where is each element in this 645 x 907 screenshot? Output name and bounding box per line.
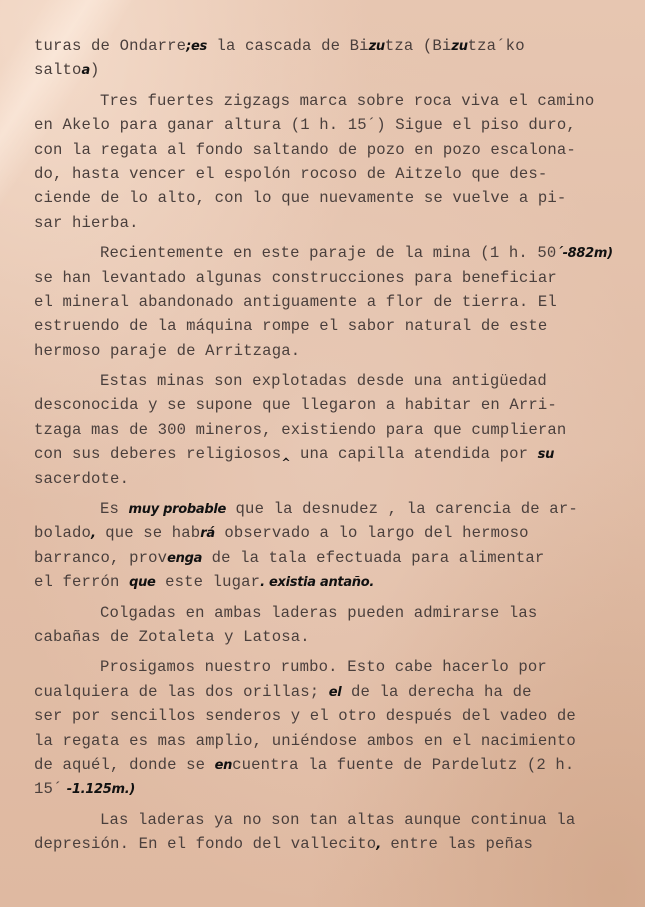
text-line: Es muy probable que la desnudez , la car… xyxy=(34,497,634,521)
text-line: Las laderas ya no son tan altas aunque c… xyxy=(34,808,634,832)
typed-text: turas de Ondarre xyxy=(34,37,186,55)
handwritten-correction: rá xyxy=(200,526,215,541)
typed-text: ser por sencillos senderos y el otro des… xyxy=(34,707,576,725)
text-line: Tres fuertes zigzags marca sobre roca vi… xyxy=(34,89,634,113)
typed-text: ) xyxy=(90,61,100,79)
text-line: turas de Ondarre;es la cascada de Bizutz… xyxy=(34,34,634,58)
typed-text: de la tala efectuada para alimentar xyxy=(202,549,544,567)
handwritten-correction: a xyxy=(82,63,90,78)
typed-text: de aquél, donde se xyxy=(34,756,215,774)
text-line: cabañas de Zotaleta y Latosa. xyxy=(34,625,634,649)
paragraph-spacer xyxy=(34,857,634,863)
text-line: de aquél, donde se encuentra la fuente d… xyxy=(34,753,634,777)
paragraph: Tres fuertes zigzags marca sobre roca vi… xyxy=(34,89,634,235)
paragraph: Recientemente en este paraje de la mina … xyxy=(34,241,634,363)
handwritten-correction: . existia antaño. xyxy=(260,575,374,590)
text-line: con la regata al fondo saltando de pozo … xyxy=(34,138,634,162)
typed-text: que se hab xyxy=(96,524,201,542)
text-line: Colgadas en ambas laderas pueden admirar… xyxy=(34,601,634,625)
text-line: ciende de lo alto, con lo que nuevamente… xyxy=(34,186,634,210)
typed-text: barranco, prov xyxy=(34,549,167,567)
typed-text: se han levantado algunas construcciones … xyxy=(34,269,557,287)
typed-text: con sus deberes religiosos xyxy=(34,445,281,463)
text-line: el mineral abandonado antiguamente a flo… xyxy=(34,290,634,314)
text-line: Prosigamos nuestro rumbo. Esto cabe hace… xyxy=(34,655,634,679)
typed-text: el ferrón xyxy=(34,573,129,591)
text-line: saltoa) xyxy=(34,58,634,82)
handwritten-correction: el xyxy=(329,685,342,700)
typed-text: con la regata al fondo saltando de pozo … xyxy=(34,141,576,159)
handwritten-correction: ´-882m) xyxy=(556,246,612,261)
text-line: Recientemente en este paraje de la mina … xyxy=(34,241,634,265)
typed-text: desconocida y se supone que llegaron a h… xyxy=(34,396,557,414)
typed-text: Es xyxy=(100,500,129,518)
paragraph: turas de Ondarre;es la cascada de Bizutz… xyxy=(34,34,634,83)
typed-text: Tres fuertes zigzags marca sobre roca vi… xyxy=(100,92,594,110)
text-line: ser por sencillos senderos y el otro des… xyxy=(34,704,634,728)
typed-text: tza´ko xyxy=(468,37,525,55)
typed-text: la regata es mas amplio, uniéndose ambos… xyxy=(34,732,576,750)
typed-text: cabañas de Zotaleta y Latosa. xyxy=(34,628,310,646)
typed-text: observado a lo largo del hermoso xyxy=(215,524,529,542)
paragraph: Las laderas ya no son tan altas aunque c… xyxy=(34,808,634,857)
typed-text: sar hierba. xyxy=(34,214,139,232)
text-line: sacerdote. xyxy=(34,467,634,491)
handwritten-correction: zu xyxy=(369,39,385,54)
typed-text: ciende de lo alto, con lo que nuevamente… xyxy=(34,189,566,207)
handwritten-correction: zu xyxy=(451,39,467,54)
text-line: tzaga mas de 300 mineros, existiendo par… xyxy=(34,418,634,442)
typed-text: en Akelo para ganar altura (1 h. 15´) Si… xyxy=(34,116,576,134)
typed-text: la cascada de Bi xyxy=(207,37,369,55)
typed-text: Colgadas en ambas laderas pueden admirar… xyxy=(100,604,537,622)
handwritten-correction: -1.125m.) xyxy=(63,782,135,797)
text-line: barranco, provenga de la tala efectuada … xyxy=(34,546,634,570)
handwritten-correction: que xyxy=(129,575,155,590)
typed-text: tza (Bi xyxy=(385,37,452,55)
typed-text: sacerdote. xyxy=(34,470,129,488)
scanned-document-page: turas de Ondarre;es la cascada de Bizutz… xyxy=(0,0,645,907)
handwritten-correction: en xyxy=(215,758,232,773)
typewritten-text-body: turas de Ondarre;es la cascada de Bizutz… xyxy=(34,34,634,863)
typed-text: salto xyxy=(34,61,82,79)
text-line: hermoso paraje de Arritzaga. xyxy=(34,339,634,363)
typed-text: Estas minas son explotadas desde una ant… xyxy=(100,372,547,390)
text-line: Estas minas son explotadas desde una ant… xyxy=(34,369,634,393)
paragraph: Prosigamos nuestro rumbo. Esto cabe hace… xyxy=(34,655,634,801)
paragraph: Estas minas son explotadas desde una ant… xyxy=(34,369,634,491)
text-line: con sus deberes religiosos‸ una capilla … xyxy=(34,442,634,466)
typed-text: una capilla atendida por xyxy=(290,445,537,463)
typed-text: do, hasta vencer el espolón rocoso de Ai… xyxy=(34,165,547,183)
typed-text: tzaga mas de 300 mineros, existiendo par… xyxy=(34,421,566,439)
typed-text: hermoso paraje de Arritzaga. xyxy=(34,342,300,360)
handwritten-correction: muy probable xyxy=(129,502,227,517)
typed-text: Las laderas ya no son tan altas aunque c… xyxy=(100,811,575,829)
typed-text: 15´ xyxy=(34,780,63,798)
typed-text: este lugar xyxy=(156,573,261,591)
typed-text: entre las peñas xyxy=(381,835,533,853)
paragraph: Es muy probable que la desnudez , la car… xyxy=(34,497,634,595)
typed-text: Prosigamos nuestro rumbo. Esto cabe hace… xyxy=(100,658,547,676)
typed-text: de la derecha ha de xyxy=(341,683,531,701)
text-line: se han levantado algunas construcciones … xyxy=(34,266,634,290)
text-line: depresión. En el fondo del vallecito, en… xyxy=(34,832,634,856)
typed-text: depresión. En el fondo del vallecito xyxy=(34,835,376,853)
handwritten-correction: su xyxy=(538,447,554,462)
paragraph: Colgadas en ambas laderas pueden admirar… xyxy=(34,601,634,650)
text-line: bolado, que se habrá observado a lo larg… xyxy=(34,521,634,545)
text-line: cualquiera de las dos orillas; el de la … xyxy=(34,680,634,704)
typed-text: estruendo de la máquina rompe el sabor n… xyxy=(34,317,547,335)
text-line: en Akelo para ganar altura (1 h. 15´) Si… xyxy=(34,113,634,137)
text-line: sar hierba. xyxy=(34,211,634,235)
typed-text: cuentra la fuente de Pardelutz (2 h. xyxy=(232,756,574,774)
typed-text: cualquiera de las dos orillas; xyxy=(34,683,329,701)
text-line: estruendo de la máquina rompe el sabor n… xyxy=(34,314,634,338)
text-line: el ferrón que este lugar. existia antaño… xyxy=(34,570,634,594)
text-line: desconocida y se supone que llegaron a h… xyxy=(34,393,634,417)
handwritten-correction: ;es xyxy=(186,39,207,54)
text-line: la regata es mas amplio, uniéndose ambos… xyxy=(34,729,634,753)
text-line: do, hasta vencer el espolón rocoso de Ai… xyxy=(34,162,634,186)
typed-text: bolado xyxy=(34,524,91,542)
typed-text: Recientemente en este paraje de la mina … xyxy=(100,244,556,262)
handwritten-correction: enga xyxy=(167,551,202,566)
typed-text: el mineral abandonado antiguamente a flo… xyxy=(34,293,557,311)
text-line: 15´ -1.125m.) xyxy=(34,777,634,801)
typed-text: que la desnudez , la carencia de ar- xyxy=(226,500,578,518)
